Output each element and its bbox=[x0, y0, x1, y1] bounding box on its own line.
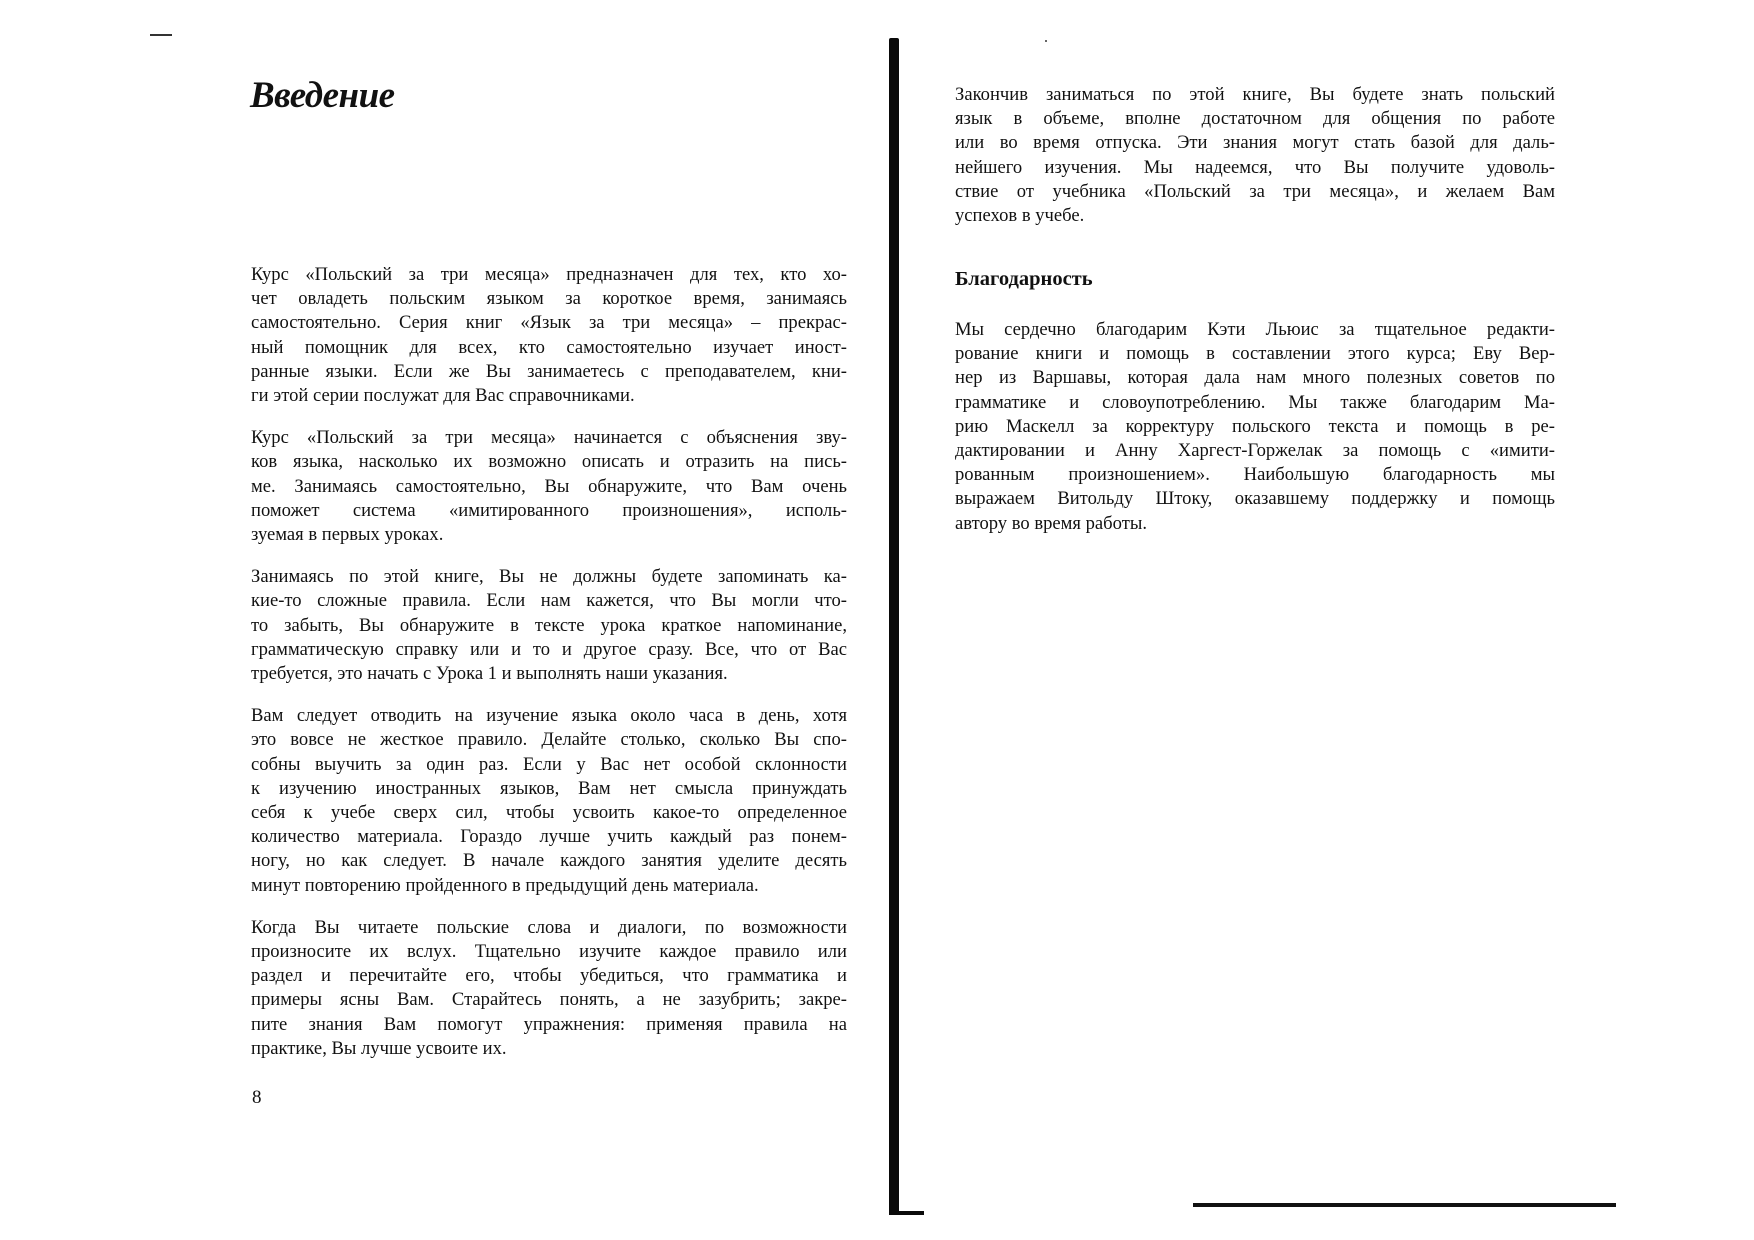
text-line: то забыть, Вы обнаружите в тексте урока … bbox=[251, 614, 847, 638]
section-heading-acknowledgements: Благодарность bbox=[955, 268, 1093, 291]
text-line: ногу, но как следует. В начале каждого з… bbox=[251, 849, 847, 873]
text-line: Мы сердечно благодарим Кэти Льюис за тща… bbox=[955, 318, 1555, 342]
paragraph-conclusion: Закончив заниматься по этой книге, Вы бу… bbox=[955, 83, 1555, 228]
right-page-acknowledgements: Мы сердечно благодарим Кэти Льюис за тща… bbox=[955, 318, 1555, 554]
text-line: нейшего изучения. Мы надеемся, что Вы по… bbox=[955, 156, 1555, 180]
page-number: 8 bbox=[252, 1087, 262, 1109]
corner-mark bbox=[150, 34, 172, 36]
text-line: минут повторению пройденного в предыдущи… bbox=[251, 874, 847, 898]
text-line: чет овладеть польским языком за короткое… bbox=[251, 287, 847, 311]
paragraph-4: Вам следует отводить на изучение языка о… bbox=[251, 704, 847, 898]
text-line: рование книги и помощь в составлении это… bbox=[955, 342, 1555, 366]
text-line: ствие от учебника «Польский за три месяц… bbox=[955, 180, 1555, 204]
text-line: пите знания Вам помогут упражнения: прим… bbox=[251, 1013, 847, 1037]
text-line: самостоятельно. Серия книг «Язык за три … bbox=[251, 311, 847, 335]
text-line: выражаем Витольду Штоку, оказавшему подд… bbox=[955, 487, 1555, 511]
text-line: Вам следует отводить на изучение языка о… bbox=[251, 704, 847, 728]
text-line: ранные языки. Если же Вы занимаетесь с п… bbox=[251, 360, 847, 384]
left-page: Введение Курс «Польский за три месяца» п… bbox=[0, 0, 880, 1240]
paragraph-3: Занимаясь по этой книге, Вы не должны бу… bbox=[251, 565, 847, 686]
left-page-body: Курс «Польский за три месяца» предназнач… bbox=[251, 263, 847, 1079]
text-line: поможет система «имитированного произнош… bbox=[251, 499, 847, 523]
text-line: рованным произношением». Наибольшую благ… bbox=[955, 463, 1555, 487]
text-line: грамматике и словоупотреблению. Мы также… bbox=[955, 391, 1555, 415]
text-line: собны выучить за один раз. Если у Вас не… bbox=[251, 753, 847, 777]
text-line: рию Маскелл за корректуру польского текс… bbox=[955, 415, 1555, 439]
text-line: ги этой серии послужат для Вас справочни… bbox=[251, 384, 847, 408]
text-line: Курс «Польский за три месяца» начинается… bbox=[251, 426, 847, 450]
text-line: себя к учебе сверх сил, чтобы усвоить ка… bbox=[251, 801, 847, 825]
text-line: требуется, это начать с Урока 1 и выполн… bbox=[251, 662, 847, 686]
text-line: успехов в учебе. bbox=[955, 204, 1555, 228]
text-line: или во время отпуска. Эти знания могут с… bbox=[955, 131, 1555, 155]
text-line: количество материала. Гораздо лучше учит… bbox=[251, 825, 847, 849]
chapter-title: Введение bbox=[250, 74, 395, 117]
text-line: раздел и перечитайте его, чтобы убедитьс… bbox=[251, 964, 847, 988]
book-spine-shadow bbox=[889, 38, 899, 1215]
text-line: автору во время работы. bbox=[955, 512, 1555, 536]
paragraph-acknowledgements: Мы сердечно благодарим Кэти Льюис за тща… bbox=[955, 318, 1555, 536]
paragraph-2: Курс «Польский за три месяца» начинается… bbox=[251, 426, 847, 547]
text-line: к изучению иностранных языков, Вам нет с… bbox=[251, 777, 847, 801]
text-line: ков языка, насколько их возможно описать… bbox=[251, 450, 847, 474]
right-page-intro: Закончив заниматься по этой книге, Вы бу… bbox=[955, 83, 1555, 246]
text-line: зуемая в первых уроках. bbox=[251, 523, 847, 547]
text-line: язык в объеме, вполне достаточном для об… bbox=[955, 107, 1555, 131]
text-line: дактировании и Анну Харгест-Горжелак за … bbox=[955, 439, 1555, 463]
text-line: Занимаясь по этой книге, Вы не должны бу… bbox=[251, 565, 847, 589]
text-line: кие-то сложные правила. Если нам кажется… bbox=[251, 589, 847, 613]
text-line: практике, Вы лучше усвоите их. bbox=[251, 1037, 847, 1061]
paragraph-5: Когда Вы читаете польские слова и диалог… bbox=[251, 916, 847, 1061]
text-line: Курс «Польский за три месяца» предназнач… bbox=[251, 263, 847, 287]
text-line: Когда Вы читаете польские слова и диалог… bbox=[251, 916, 847, 940]
text-line: произносите их вслух. Тщательно изучите … bbox=[251, 940, 847, 964]
text-line: Закончив заниматься по этой книге, Вы бу… bbox=[955, 83, 1555, 107]
text-line: ный помощник для всех, кто самостоятельн… bbox=[251, 336, 847, 360]
text-line: это вовсе не жесткое правило. Делайте ст… bbox=[251, 728, 847, 752]
text-line: ме. Занимаясь самостоятельно, Вы обнаруж… bbox=[251, 475, 847, 499]
text-line: грамматическую справку или и то и другое… bbox=[251, 638, 847, 662]
text-line: нер из Варшавы, которая дала нам много п… bbox=[955, 366, 1555, 390]
paragraph-1: Курс «Польский за три месяца» предназнач… bbox=[251, 263, 847, 408]
text-line: примеры ясны Вам. Старайтесь понять, а н… bbox=[251, 988, 847, 1012]
